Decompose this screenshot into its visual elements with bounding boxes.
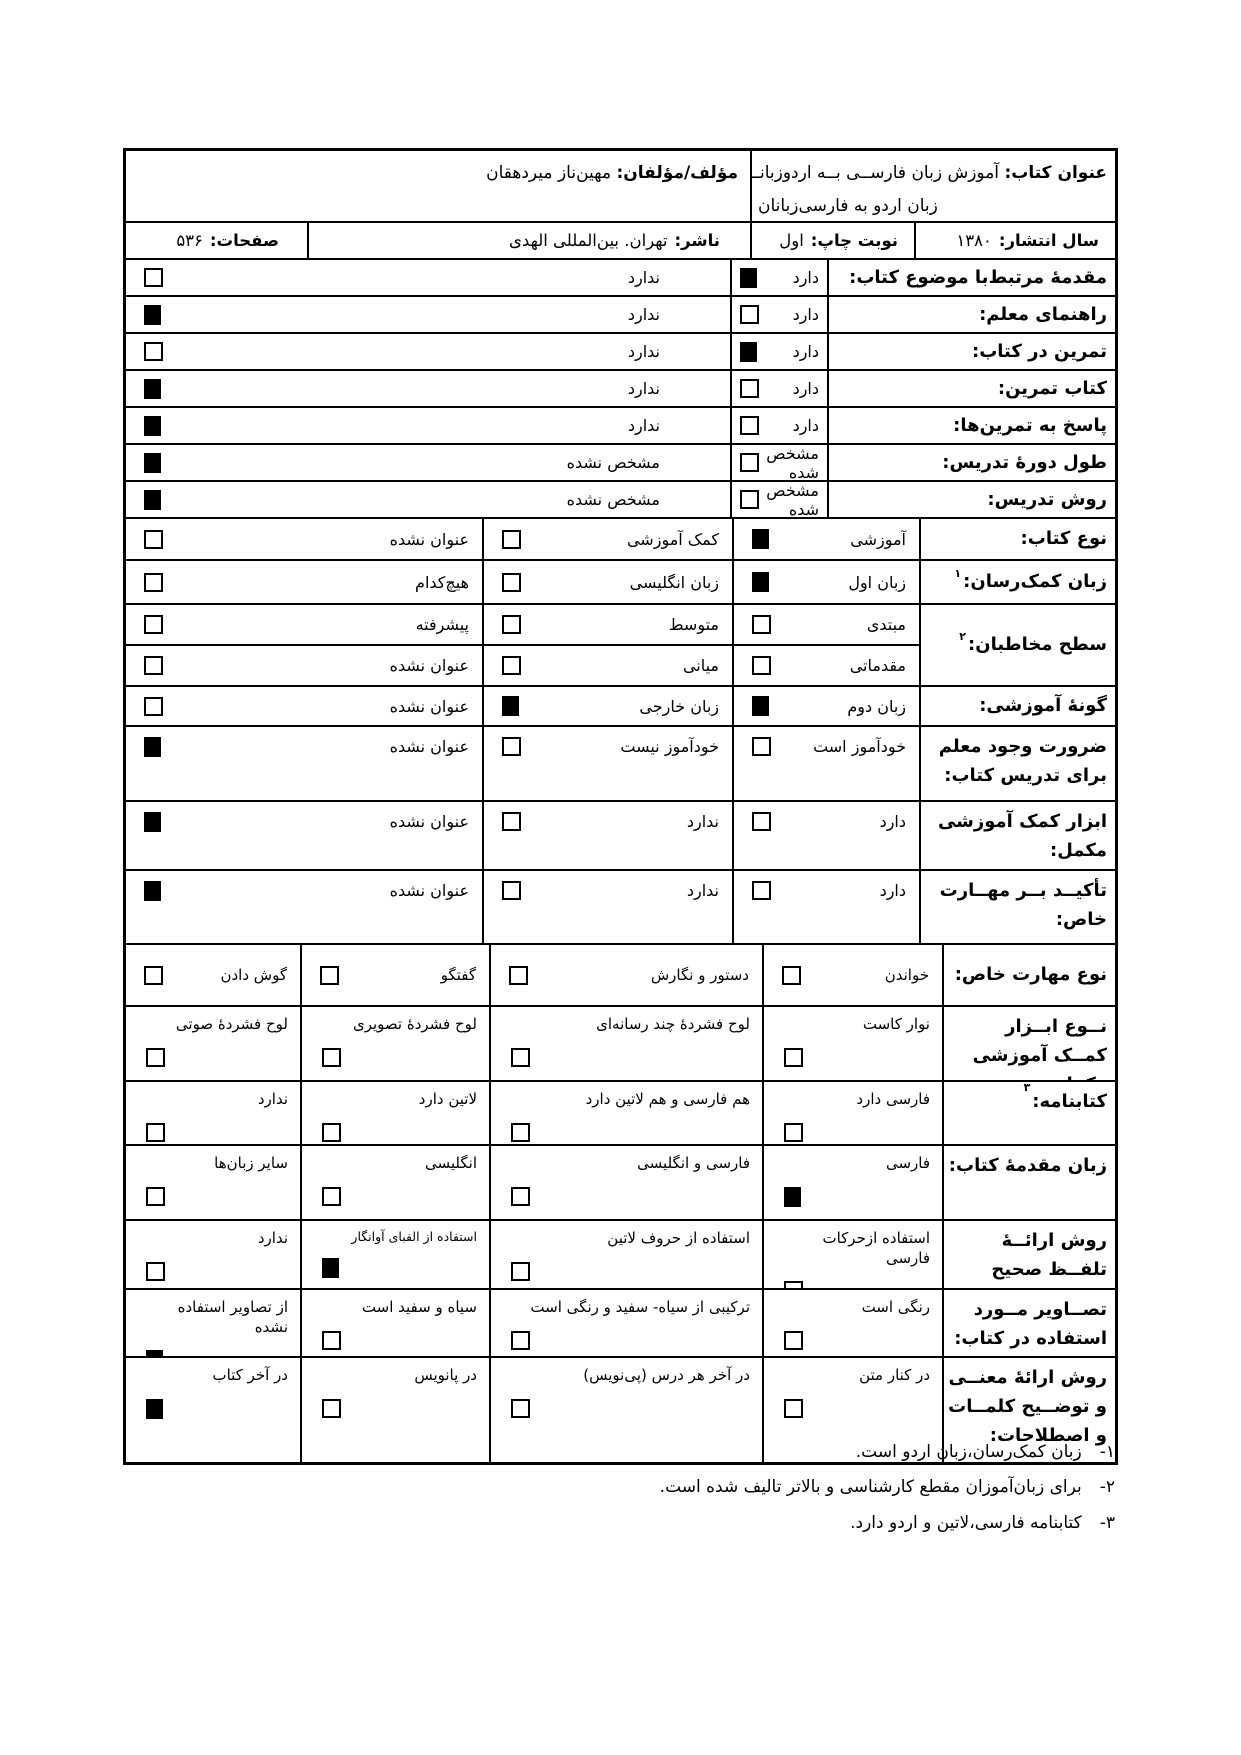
table-row: روش ارائــۀ تلفــظ صحیح کلمات: استفاده ا… — [126, 1219, 1115, 1288]
table-row: نــوع ابــزار کمــک آموزشی مکمل: نوار کا… — [126, 1005, 1115, 1080]
table-row: زبان مقدمۀ کتاب: فارسی فارسی و انگلیسی ا… — [126, 1144, 1115, 1219]
option-label: دارد — [880, 881, 906, 900]
option-label: لوح فشردۀ صوتی — [146, 1015, 288, 1035]
option-cell: خواندن — [762, 945, 942, 1005]
checkbox — [144, 615, 163, 634]
checkbox — [752, 615, 771, 634]
option-label: فارسی — [784, 1154, 930, 1174]
footnote-marker: ۲ — [959, 628, 966, 646]
option-cell: در پانویس — [300, 1358, 489, 1462]
option-cell: خودآموز نیست — [482, 727, 732, 800]
option-cell: مشخص شده — [730, 445, 827, 480]
document-page: عنوان کتاب: آموزش زبان فارســی بــه اردو… — [0, 0, 1241, 1755]
row-label: تأکیــد بــر مهــارت خاص: — [919, 871, 1115, 943]
footnote-line: ۲- برای زبان‌آموزان مقطع کارشناسی و بالا… — [660, 1477, 1115, 1498]
checkbox — [740, 305, 759, 324]
option-cell: دارد — [730, 297, 827, 332]
table-row: طول دورۀ تدریس: مشخص شده مشخص نشده — [126, 443, 1115, 480]
option-label: سیاه و سفید است — [322, 1298, 477, 1318]
table-row: کتاب تمرین: دارد ندارد — [126, 369, 1115, 406]
checkbox — [144, 416, 161, 436]
footnote-marker: ۳ — [1024, 1082, 1031, 1097]
checkbox — [146, 1187, 165, 1206]
option-cell: عنوان نشده — [126, 727, 482, 800]
option-cell: گوش دادن — [126, 945, 300, 1005]
option-label: عنوان نشده — [390, 881, 469, 900]
checkbox — [784, 1048, 803, 1067]
book-title-cell: عنوان کتاب: آموزش زبان فارســی بــه اردو… — [750, 151, 1115, 221]
option-cell: لاتین دارد — [300, 1082, 489, 1144]
table-row: کتابنامه:۳ فارسی دارد هم فارسی و هم لاتی… — [126, 1080, 1115, 1144]
option-cell: در آخر کتاب — [126, 1358, 300, 1462]
table-row: ابزار کمک آموزشی مکمل: دارد ندارد عنوان … — [126, 800, 1115, 869]
option-label: خواندن — [885, 966, 929, 984]
row-label: تصــاویر مــورد استفاده در کتاب: — [942, 1290, 1115, 1356]
option-cell: رنگی است — [762, 1290, 942, 1356]
option-label: رنگی است — [784, 1298, 930, 1318]
checkbox — [509, 966, 528, 985]
footnote-number: ۲- — [1100, 1477, 1115, 1498]
table-row: روش تدریس: مشخص شده مشخص نشده — [126, 480, 1115, 517]
checkbox — [752, 737, 771, 756]
option-label: فارسی و انگلیسی — [511, 1154, 750, 1174]
checkbox — [784, 1123, 803, 1142]
book-title-line1: عنوان کتاب: آموزش زبان فارســی بــه اردو… — [756, 157, 1107, 190]
option-label: لوح فشردۀ تصویری — [322, 1015, 477, 1035]
checkbox — [752, 812, 771, 831]
option-cell: هم فارسی و هم لاتین دارد — [489, 1082, 762, 1144]
row-label: کتاب تمرین: — [827, 371, 1115, 406]
option-cell: دارد — [730, 334, 827, 369]
option-cell: انگلیسی — [300, 1146, 489, 1219]
option-cell: زبان انگلیسی — [482, 561, 732, 603]
option-label: در کنار متن — [784, 1366, 930, 1386]
option-cell: دارد — [730, 371, 827, 406]
option-label: استفاده ازحرکات فارسی — [784, 1229, 930, 1268]
publish-year-cell: سال انتشار:۱۳۸۰ — [914, 223, 1115, 258]
footnote-text: کتابنامه فارسی،لاتین و اردو دارد. — [850, 1513, 1082, 1534]
checkbox — [511, 1187, 530, 1206]
checkbox — [144, 697, 163, 716]
option-label: پیشرفته — [416, 615, 469, 634]
option-label: نوار کاست — [784, 1015, 930, 1035]
table-row: مقدمۀ مرتبط‌با موضوع کتاب: دارد ندارد — [126, 258, 1115, 295]
option-cell: دارد — [730, 260, 827, 295]
table-row: سال انتشار:۱۳۸۰ نوبت چاپ:اول ناشر:تهران.… — [126, 221, 1115, 258]
option-label: گوش دادن — [220, 966, 287, 984]
option-cell: ترکیبی از سیاه- سفید و رنگی است — [489, 1290, 762, 1356]
row-label: تمرین در کتاب: — [827, 334, 1115, 369]
option-cell: مقدماتی — [732, 646, 919, 685]
edition-cell: نوبت چاپ:اول — [750, 223, 914, 258]
edition-value: اول — [779, 231, 804, 250]
option-label: در پانویس — [322, 1366, 477, 1386]
row-label: گونۀ آموزشی: — [919, 687, 1115, 725]
option-cell: زبان خارجی — [482, 687, 732, 725]
table-row: گونۀ آموزشی: زبان دوم زبان خارجی عنوان ن… — [126, 685, 1115, 725]
option-label: انگلیسی — [322, 1154, 477, 1174]
table-row: ضرورت وجود معلم برای تدریس کتاب: خودآموز… — [126, 725, 1115, 800]
pages-cell: صفحات:۵۳۶ — [126, 223, 307, 258]
checkbox — [502, 737, 521, 756]
option-label: فارسی دارد — [784, 1090, 930, 1110]
option-label: زبان اول — [848, 573, 906, 592]
option-subrows: مبتدی متوسط پیشرفته مقدماتی میانی عنوان … — [126, 605, 919, 685]
option-cell: ندارد — [126, 371, 730, 406]
option-label: در آخر هر درس (پی‌نویس) — [511, 1366, 750, 1386]
checkbox — [144, 305, 161, 325]
checkbox — [752, 696, 769, 716]
book-evaluation-table: عنوان کتاب: آموزش زبان فارســی بــه اردو… — [123, 148, 1118, 1465]
checkbox — [144, 342, 163, 361]
table-row: عنوان کتاب: آموزش زبان فارســی بــه اردو… — [126, 151, 1115, 221]
option-label: مشخص نشده — [567, 490, 660, 509]
table-row: تأکیــد بــر مهــارت خاص: دارد ندارد عنو… — [126, 869, 1115, 943]
option-label: هم فارسی و هم لاتین دارد — [511, 1090, 750, 1110]
row-label: روش تدریس: — [827, 482, 1115, 517]
table-row: راهنمای معلم: دارد ندارد — [126, 295, 1115, 332]
option-cell: ندارد — [482, 802, 732, 869]
option-cell: لوح فشردۀ تصویری — [300, 1007, 489, 1080]
footnote-marker: ۱ — [954, 565, 961, 583]
option-cell: گفتگو — [300, 945, 489, 1005]
pages-value: ۵۳۶ — [176, 231, 203, 250]
option-label: سایر زبان‌ها — [146, 1154, 288, 1174]
option-cell: خودآموز است — [732, 727, 919, 800]
option-label: مشخص شده — [759, 482, 819, 517]
row-label: سطح مخاطبان:۲ — [919, 605, 1115, 685]
checkbox — [146, 1123, 165, 1142]
checkbox — [144, 573, 163, 592]
option-label: دارد — [793, 305, 819, 324]
option-cell: سیاه و سفید است — [300, 1290, 489, 1356]
checkbox — [322, 1258, 339, 1278]
option-label: عنوان نشده — [390, 697, 469, 716]
option-label: خودآموز است — [813, 737, 906, 756]
table-row: تصــاویر مــورد استفاده در کتاب: رنگی اس… — [126, 1288, 1115, 1356]
row-label: پاسخ به تمرین‌ها: — [827, 408, 1115, 443]
footnotes: ۱- زبان کمک‌رسان،زبان اردو است. ۲- برای … — [660, 1442, 1115, 1548]
table-row: سطح مخاطبان:۲ مبتدی متوسط پیشرفته مقدمات… — [126, 603, 1115, 685]
table-row: پاسخ به تمرین‌ها: دارد ندارد — [126, 406, 1115, 443]
checkbox — [752, 656, 771, 675]
checkbox — [322, 1331, 341, 1350]
option-cell: زبان دوم — [732, 687, 919, 725]
checkbox — [740, 490, 759, 509]
option-label: مشخص نشده — [567, 453, 660, 472]
option-label: دستور و نگارش — [651, 966, 749, 984]
row-label: مقدمۀ مرتبط‌با موضوع کتاب: — [827, 260, 1115, 295]
option-cell: ندارد — [126, 408, 730, 443]
checkbox — [144, 453, 161, 473]
checkbox — [740, 453, 759, 472]
footnote-text: برای زبان‌آموزان مقطع کارشناسی و بالاتر … — [660, 1477, 1082, 1498]
option-label: لوح فشردۀ چند رسانه‌ای — [511, 1015, 750, 1035]
row-label: نــوع ابــزار کمــک آموزشی مکمل: — [942, 1007, 1115, 1080]
option-cell: آموزشی — [732, 519, 919, 559]
option-cell: عنوان نشده — [126, 646, 482, 685]
option-cell: از تصاویر استفاده نشده — [126, 1290, 300, 1356]
checkbox — [511, 1331, 530, 1350]
row-label: ابزار کمک آموزشی مکمل: — [919, 802, 1115, 869]
option-cell: استفاده از الفبای آوانگار — [300, 1221, 489, 1288]
option-label: میانی — [683, 656, 719, 675]
option-cell: فارسی دارد — [762, 1082, 942, 1144]
option-label: ندارد — [628, 305, 660, 324]
option-cell: ندارد — [126, 297, 730, 332]
option-label: ترکیبی از سیاه- سفید و رنگی است — [511, 1298, 750, 1318]
option-cell: زبان اول — [732, 561, 919, 603]
checkbox — [320, 966, 339, 985]
checkbox — [502, 656, 521, 675]
option-label: دارد — [793, 268, 819, 287]
option-label: ندارد — [687, 881, 719, 900]
option-cell: هیچ‌کدام — [126, 561, 482, 603]
checkbox — [322, 1048, 341, 1067]
option-cell: نوار کاست — [762, 1007, 942, 1080]
option-cell: دستور و نگارش — [489, 945, 762, 1005]
option-cell: ندارد — [126, 1082, 300, 1144]
checkbox — [144, 737, 161, 757]
option-label: استفاده از الفبای آوانگار — [322, 1229, 477, 1245]
option-cell: مبتدی — [732, 605, 919, 644]
option-label: عنوان نشده — [390, 812, 469, 831]
option-label: ندارد — [628, 416, 660, 435]
checkbox — [511, 1123, 530, 1142]
checkbox — [784, 1399, 803, 1418]
checkbox — [511, 1048, 530, 1067]
checkbox — [511, 1399, 530, 1418]
option-label: لاتین دارد — [322, 1090, 477, 1110]
checkbox — [322, 1187, 341, 1206]
checkbox — [740, 342, 757, 362]
table-row: تمرین در کتاب: دارد ندارد — [126, 332, 1115, 369]
option-label: ندارد — [687, 812, 719, 831]
option-label: ندارد — [628, 342, 660, 361]
option-label: دارد — [793, 379, 819, 398]
option-cell: ندارد — [126, 334, 730, 369]
book-title-label: عنوان کتاب: — [1004, 163, 1107, 183]
checkbox — [144, 966, 163, 985]
row-label: زبان مقدمۀ کتاب: — [942, 1146, 1115, 1219]
option-label: مبتدی — [867, 615, 906, 634]
option-label: استفاده از حروف لاتین — [511, 1229, 750, 1249]
row-label: ضرورت وجود معلم برای تدریس کتاب: — [919, 727, 1115, 800]
checkbox — [144, 490, 161, 510]
option-cell: استفاده ازحرکات فارسی — [762, 1221, 942, 1288]
option-cell: فارسی و انگلیسی — [489, 1146, 762, 1219]
checkbox — [146, 1262, 165, 1281]
option-cell: لوح فشردۀ صوتی — [126, 1007, 300, 1080]
checkbox — [784, 1331, 803, 1350]
option-label: دارد — [880, 812, 906, 831]
checkbox — [752, 881, 771, 900]
option-label: دارد — [793, 342, 819, 361]
option-label: کمک آموزشی — [627, 530, 719, 549]
option-label: در آخر کتاب — [146, 1366, 288, 1386]
option-cell: متوسط — [482, 605, 732, 644]
option-cell: سایر زبان‌ها — [126, 1146, 300, 1219]
option-label: گفتگو — [441, 966, 476, 984]
option-cell: دارد — [730, 408, 827, 443]
option-cell: پیشرفته — [126, 605, 482, 644]
checkbox — [502, 812, 521, 831]
checkbox — [144, 268, 163, 287]
checkbox — [752, 572, 769, 592]
checkbox — [144, 881, 161, 901]
option-cell: میانی — [482, 646, 732, 685]
option-subrow: مبتدی متوسط پیشرفته — [126, 605, 919, 644]
publisher-label: ناشر: — [675, 231, 720, 250]
option-cell: ندارد — [482, 871, 732, 943]
footnote-line: ۳- کتابنامه فارسی،لاتین و اردو دارد. — [660, 1513, 1115, 1534]
footnote-line: ۱- زبان کمک‌رسان،زبان اردو است. — [660, 1442, 1115, 1463]
option-label: خودآموز نیست — [620, 737, 719, 756]
option-cell: عنوان نشده — [126, 871, 482, 943]
row-label: راهنمای معلم: — [827, 297, 1115, 332]
checkbox — [146, 1399, 163, 1419]
checkbox — [144, 530, 163, 549]
checkbox — [502, 615, 521, 634]
checkbox — [740, 268, 757, 288]
option-cell: عنوان نشده — [126, 519, 482, 559]
option-cell: استفاده از حروف لاتین — [489, 1221, 762, 1288]
row-label: نوع مهارت خاص: — [942, 945, 1115, 1005]
option-subrow: مقدماتی میانی عنوان نشده — [126, 644, 919, 685]
author-cell: مؤلف/مؤلفان: مهین‌ناز میردهقان — [126, 151, 750, 221]
author-label: مؤلف/مؤلفان: — [616, 163, 738, 183]
option-cell: مشخص نشده — [126, 482, 730, 517]
option-label: دارد — [793, 416, 819, 435]
checkbox — [144, 656, 163, 675]
option-label: زبان انگلیسی — [630, 573, 719, 592]
option-cell: عنوان نشده — [126, 687, 482, 725]
publisher-value: تهران. بین‌المللی الهدی — [509, 231, 668, 250]
author-value: مهین‌ناز میردهقان — [486, 163, 611, 183]
option-cell: مشخص نشده — [126, 445, 730, 480]
edition-label: نوبت چاپ: — [811, 231, 898, 250]
option-cell: مشخص شده — [730, 482, 827, 517]
option-label: زبان خارجی — [639, 697, 719, 716]
option-cell: ندارد — [126, 260, 730, 295]
checkbox — [752, 529, 769, 549]
checkbox — [144, 379, 161, 399]
book-title-line2: زبان اردو به فارسی‌زبانان — [756, 190, 1107, 221]
table-row: نوع کتاب: آموزشی کمک آموزشی عنوان نشده — [126, 517, 1115, 559]
row-label: طول دورۀ تدریس: — [827, 445, 1115, 480]
checkbox — [740, 416, 759, 435]
publish-year-label: سال انتشار: — [999, 231, 1099, 250]
publish-year-value: ۱۳۸۰ — [956, 231, 991, 250]
checkbox — [502, 530, 521, 549]
checkbox — [322, 1399, 341, 1418]
option-label: متوسط — [669, 615, 719, 634]
option-cell: ندارد — [126, 1221, 300, 1288]
option-label: عنوان نشده — [390, 656, 469, 675]
option-label: ندارد — [628, 268, 660, 287]
option-cell: فارسی — [762, 1146, 942, 1219]
option-cell: عنوان نشده — [126, 802, 482, 869]
option-label: از تصاویر استفاده نشده — [146, 1298, 288, 1337]
option-cell: دارد — [732, 802, 919, 869]
checkbox — [502, 881, 521, 900]
row-label: نوع کتاب: — [919, 519, 1115, 559]
table-row: زبان کمک‌رسان:۱ زبان اول زبان انگلیسی هی… — [126, 559, 1115, 603]
footnote-text: زبان کمک‌رسان،زبان اردو است. — [856, 1442, 1082, 1463]
option-label: زبان دوم — [847, 697, 906, 716]
option-cell: دارد — [732, 871, 919, 943]
footnote-number: ۱- — [1100, 1442, 1115, 1463]
publisher-cell: ناشر:تهران. بین‌المللی الهدی — [307, 223, 750, 258]
option-cell: لوح فشردۀ چند رسانه‌ای — [489, 1007, 762, 1080]
option-label: ندارد — [146, 1229, 288, 1249]
checkbox — [502, 573, 521, 592]
checkbox — [322, 1123, 341, 1142]
checkbox — [511, 1262, 530, 1281]
option-label: مشخص شده — [759, 445, 819, 480]
option-label: عنوان نشده — [390, 530, 469, 549]
option-label: ندارد — [628, 379, 660, 398]
option-label: مقدماتی — [850, 656, 906, 675]
checkbox — [784, 1281, 803, 1288]
table-row: نوع مهارت خاص: خواندن دستور و نگارش گفتگ… — [126, 943, 1115, 1005]
checkbox — [782, 966, 801, 985]
row-label: کتابنامه:۳ — [942, 1082, 1115, 1144]
footnote-number: ۳- — [1100, 1513, 1115, 1534]
checkbox — [144, 812, 161, 832]
checkbox — [502, 696, 519, 716]
row-label: زبان کمک‌رسان:۱ — [919, 561, 1115, 603]
checkbox — [146, 1350, 163, 1356]
option-label: هیچ‌کدام — [415, 573, 469, 592]
option-label: آموزشی — [850, 530, 906, 549]
pages-label: صفحات: — [210, 231, 279, 250]
row-label: روش ارائــۀ تلفــظ صحیح کلمات: — [942, 1221, 1115, 1288]
checkbox — [740, 379, 759, 398]
option-label: عنوان نشده — [390, 737, 469, 756]
checkbox — [784, 1187, 801, 1207]
option-label: ندارد — [146, 1090, 288, 1110]
checkbox — [146, 1048, 165, 1067]
option-cell: کمک آموزشی — [482, 519, 732, 559]
